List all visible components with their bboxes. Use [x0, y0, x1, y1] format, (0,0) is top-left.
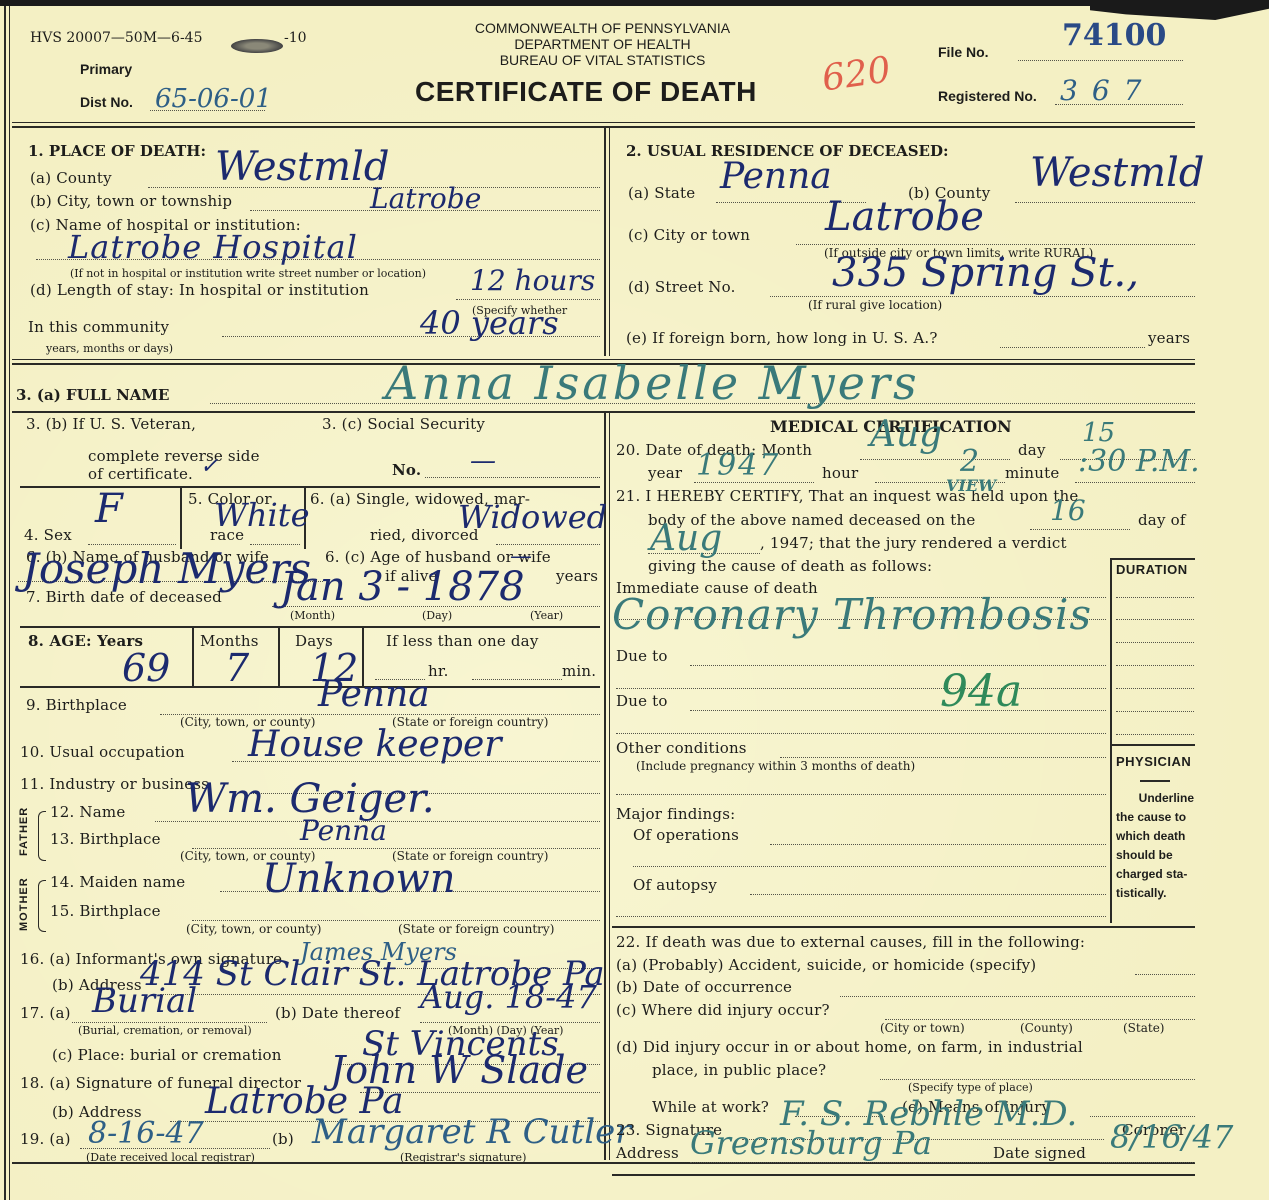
mother-maiden-value: Unknown: [262, 856, 456, 902]
father-birthplace-value: Penna: [300, 814, 387, 847]
date-signed-value: 8/16/47: [1110, 1118, 1233, 1156]
registered-no-value: 367: [1060, 74, 1155, 107]
certify-line-4: giving the cause of death as follows:: [648, 557, 932, 575]
date-signed-label: Date signed: [993, 1144, 1086, 1162]
sex-value: F: [95, 486, 123, 532]
residence-state-value: Penna: [720, 156, 832, 197]
registrar-date-value: 8-16-47: [88, 1116, 204, 1151]
veteran-label-1: 3. (b) If U. S. Veteran,: [26, 415, 196, 433]
veteran-label-2: complete reverse side: [88, 447, 260, 465]
form-code-suffix: -10: [284, 30, 307, 46]
struck-word-correction: VIEW: [946, 476, 996, 495]
death-certificate-page: HVS 20007—50M—6-45 -10 Primary Dist No. …: [0, 6, 1269, 1200]
external-c-county-note: (County): [1020, 1021, 1073, 1035]
physician-note: Underline the cause to which death shoul…: [1116, 789, 1194, 903]
age-months-value: 7: [225, 646, 249, 690]
file-no-label: File No.: [938, 44, 989, 60]
age-hr-label: hr.: [428, 662, 449, 680]
community-label: In this community: [28, 318, 169, 336]
place-of-death-heading: 1. PLACE OF DEATH:: [28, 142, 206, 160]
birth-day-note: (Day): [422, 609, 452, 622]
stay-label: (d) Length of stay: In hospital or insti…: [30, 281, 369, 299]
certify-month-value: Aug: [650, 518, 722, 559]
death-year-value: 1947: [696, 448, 780, 483]
color-value: White: [214, 496, 310, 534]
death-month-value: Aug: [870, 414, 942, 455]
veteran-checkmark: ✓: [200, 454, 218, 479]
residence-city-value: Latrobe: [825, 194, 984, 240]
burial-value: Burial: [92, 981, 197, 1021]
mother-maiden-label: 14. Maiden name: [50, 873, 185, 891]
age-less-label: If less than one day: [386, 632, 539, 650]
mother-state-note: (State or foreign country): [398, 922, 554, 936]
agency-line-2: DEPARTMENT OF HEALTH: [445, 36, 760, 52]
burial-date-label: (b) Date thereof: [275, 1004, 400, 1022]
primary-label: Primary: [80, 61, 132, 77]
immediate-cause-value: Coronary Thrombosis: [612, 590, 1092, 639]
veteran-label-3: of certificate.: [88, 465, 193, 483]
external-b-label: (b) Date of occurrence: [616, 978, 792, 996]
coroner-address-value: Greensburg Pa: [690, 1124, 932, 1162]
external-d-label-1: (d) Did injury occur in or about home, o…: [616, 1038, 1083, 1056]
left-border: [4, 6, 6, 1200]
birth-year-note: (Year): [530, 609, 563, 622]
minute-label: minute: [1005, 464, 1059, 482]
due-to-1-label: Due to: [616, 647, 668, 665]
other-conditions-note: (Include pregnancy within 3 months of de…: [636, 759, 915, 773]
external-heading: 22. If death was due to external causes,…: [616, 933, 1085, 951]
full-name-value: Anna Isabelle Myers: [385, 356, 920, 410]
dist-no-label: Dist No.: [80, 94, 133, 110]
spouse-age-suffix: years: [556, 567, 598, 585]
father-vertical-label: FATHER: [18, 807, 30, 856]
community-note: years, months or days): [46, 342, 173, 355]
external-d-note: (Specify type of place): [908, 1081, 1033, 1094]
certify-line-3: , 1947; that the jury rendered a verdict: [760, 534, 1067, 552]
age-min-label: min.: [562, 662, 596, 680]
major-findings-label: Major findings:: [616, 805, 735, 823]
registered-no-label: Registered No.: [938, 88, 1037, 104]
death-hour-value: 2: [960, 444, 979, 479]
autopsy-label: Of autopsy: [633, 876, 717, 894]
external-c-label: (c) Where did injury occur?: [616, 1001, 830, 1019]
union-label-seal-icon: [231, 39, 283, 53]
duration-label: DURATION: [1116, 562, 1188, 577]
while-at-work-label: While at work?: [652, 1098, 769, 1116]
birth-date-value: Jan 3 - 1878: [280, 564, 525, 610]
registrar-signature-value: Margaret R Cutler: [312, 1112, 631, 1152]
certify-line-1: 21. I HEREBY CERTIFY, That an inquest wa…: [616, 487, 1078, 505]
left-border-inner: [9, 6, 10, 1200]
red-annotation: 620: [819, 49, 893, 99]
file-no-value: 74100: [1062, 18, 1166, 53]
foreign-label: (e) If foreign born, how long in U. S. A…: [626, 329, 938, 347]
other-conditions-label: Other conditions: [616, 739, 747, 757]
street-label: (d) Street No.: [628, 278, 736, 296]
age-years-value: 69: [122, 646, 170, 690]
city-label: (b) City, town or township: [30, 192, 232, 210]
occupation-label: 10. Usual occupation: [20, 743, 185, 761]
death-county-value: Westmld: [215, 144, 389, 190]
community-value: 40 years: [420, 304, 559, 342]
ss-label-2: No.: [392, 461, 421, 479]
registrar-label-b: (b): [272, 1130, 294, 1148]
burial-date-value: Aug. 18-47: [420, 978, 597, 1016]
cause-code-value: 94a: [940, 666, 1022, 717]
residence-city-label: (c) City or town: [628, 226, 750, 244]
form-code: HVS 20007—50M—6-45: [30, 30, 203, 46]
mother-city-note: (City, town, or county): [186, 922, 321, 936]
county-label: (a) County: [30, 169, 112, 187]
father-name-label: 12. Name: [50, 803, 125, 821]
day-label: day: [1018, 441, 1046, 459]
certify-day-of: day of: [1138, 511, 1186, 529]
external-d-label-2: place, in public place?: [652, 1061, 826, 1079]
due-to-2-label: Due to: [616, 692, 668, 710]
street-note: (If rural give location): [808, 298, 942, 312]
agency-line-1: COMMONWEALTH OF PENNSYLVANIA: [445, 20, 760, 36]
full-name-label: 3. (a) FULL NAME: [16, 386, 169, 404]
hospital-value: Latrobe Hospital: [68, 228, 358, 266]
death-minute-value: :30 P.M.: [1078, 444, 1200, 479]
burial-label: 17. (a): [20, 1004, 71, 1022]
residence-county-value: Westmld: [1030, 150, 1204, 196]
birthplace-label: 9. Birthplace: [26, 696, 127, 714]
external-c-state-note: (State): [1123, 1021, 1164, 1035]
ss-label-1: 3. (c) Social Security: [322, 415, 485, 433]
dist-no-value: 65-06-01: [155, 84, 272, 114]
agency-line-3: BUREAU OF VITAL STATISTICS: [445, 52, 760, 68]
certificate-title: CERTIFICATE OF DEATH: [415, 76, 757, 108]
hour-label: hour: [822, 464, 858, 482]
mother-birthplace-label: 15. Birthplace: [50, 902, 161, 920]
year-label: year: [648, 464, 682, 482]
physician-label: PHYSICIAN: [1116, 754, 1191, 769]
sex-label: 4. Sex: [24, 526, 72, 544]
hospital-note: (If not in hospital or institution write…: [70, 267, 426, 280]
mother-vertical-label: MOTHER: [18, 877, 30, 931]
foreign-suffix: years: [1148, 329, 1190, 347]
coroner-address-label: Address: [616, 1144, 679, 1162]
death-city-value: Latrobe: [370, 182, 481, 215]
burial-place-label: (c) Place: burial or cremation: [52, 1046, 282, 1064]
operations-label: Of operations: [633, 826, 739, 844]
certify-day-value: 16: [1050, 494, 1086, 527]
ss-value: —: [470, 446, 496, 476]
spouse-value: Joseph Myers: [22, 544, 311, 593]
registrar-label-a: 19. (a): [20, 1130, 71, 1148]
birth-label: 7. Birth date of deceased: [26, 588, 222, 606]
father-birthplace-label: 13. Birthplace: [50, 830, 161, 848]
burial-note: (Burial, cremation, or removal): [78, 1024, 252, 1037]
occupation-value: House keeper: [248, 724, 501, 765]
state-label: (a) State: [628, 184, 695, 202]
birthplace-value: Penna: [318, 674, 430, 715]
stay-value: 12 hours: [470, 264, 595, 297]
residence-street-value: 335 Spring St.,: [832, 250, 1139, 296]
external-c-city-note: (City or town): [880, 1021, 965, 1035]
birth-month-note: (Month): [290, 609, 335, 622]
marital-value: Widowed: [458, 498, 607, 536]
industry-label: 11. Industry or business: [20, 775, 209, 793]
external-a-label: (a) (Probably) Accident, suicide, or hom…: [616, 956, 1036, 974]
